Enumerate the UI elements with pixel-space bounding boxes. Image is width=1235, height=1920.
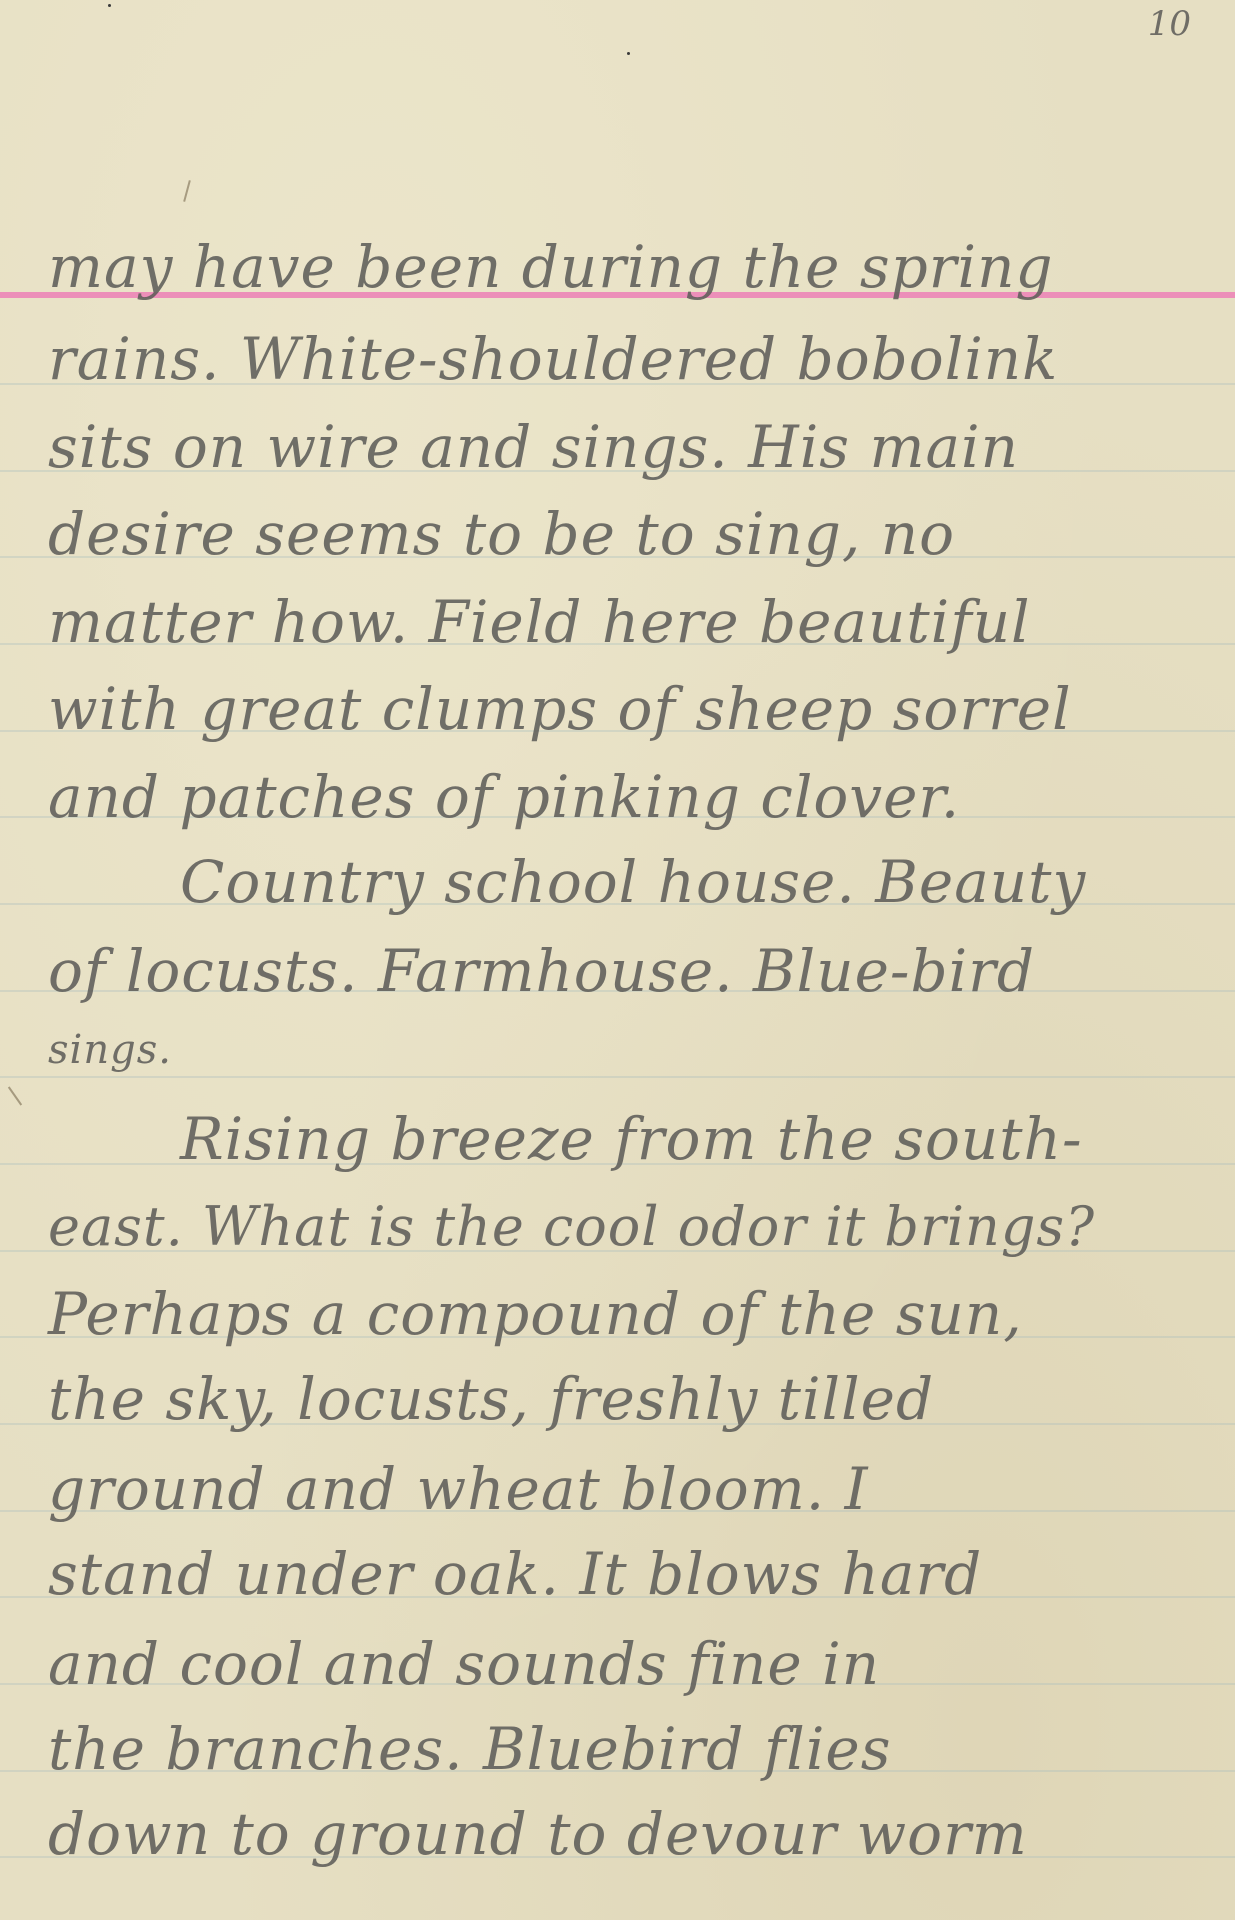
handwritten-line: sings.	[48, 1030, 1225, 1070]
ruled-line	[0, 1076, 1235, 1078]
handwritten-line: rains. White-shouldered bobolink	[48, 330, 1225, 388]
handwritten-line: may have been during the spring	[48, 238, 1225, 296]
handwritten-line: matter how. Field here beautiful	[48, 593, 1225, 651]
handwritten-line: stand under oak. It blows hard	[48, 1545, 1225, 1603]
handwritten-line: and patches of pinking clover.	[48, 768, 1225, 826]
journal-page: 10 may have been during the spring rains…	[0, 0, 1235, 1920]
handwritten-line: down to ground to devour worm	[48, 1805, 1225, 1863]
handwritten-line: with great clumps of sheep sorrel	[48, 680, 1225, 738]
handwritten-line: the sky, locusts, freshly tilled	[48, 1370, 1225, 1428]
handwritten-line: Rising breeze from the south-	[180, 1110, 1225, 1168]
paper-speck	[627, 52, 630, 55]
handwritten-line: Country school house. Beauty	[180, 853, 1225, 911]
handwritten-line: Perhaps a compound of the sun,	[48, 1285, 1225, 1343]
handwritten-line: the branches. Bluebird flies	[48, 1720, 1225, 1778]
handwritten-line: and cool and sounds fine in	[48, 1635, 1225, 1693]
handwritten-line: desire seems to be to sing, no	[48, 505, 1225, 563]
handwritten-line: east. What is the cool odor it brings?	[48, 1200, 1225, 1254]
paper-speck	[108, 4, 111, 7]
paper-mark	[8, 1086, 22, 1105]
handwritten-line: of locusts. Farmhouse. Blue-bird	[48, 942, 1225, 1000]
handwritten-line: sits on wire and sings. His main	[48, 418, 1225, 476]
page-number: 10	[1148, 4, 1191, 44]
handwritten-line: ground and wheat bloom. I	[48, 1460, 1225, 1518]
paper-mark	[183, 180, 191, 202]
